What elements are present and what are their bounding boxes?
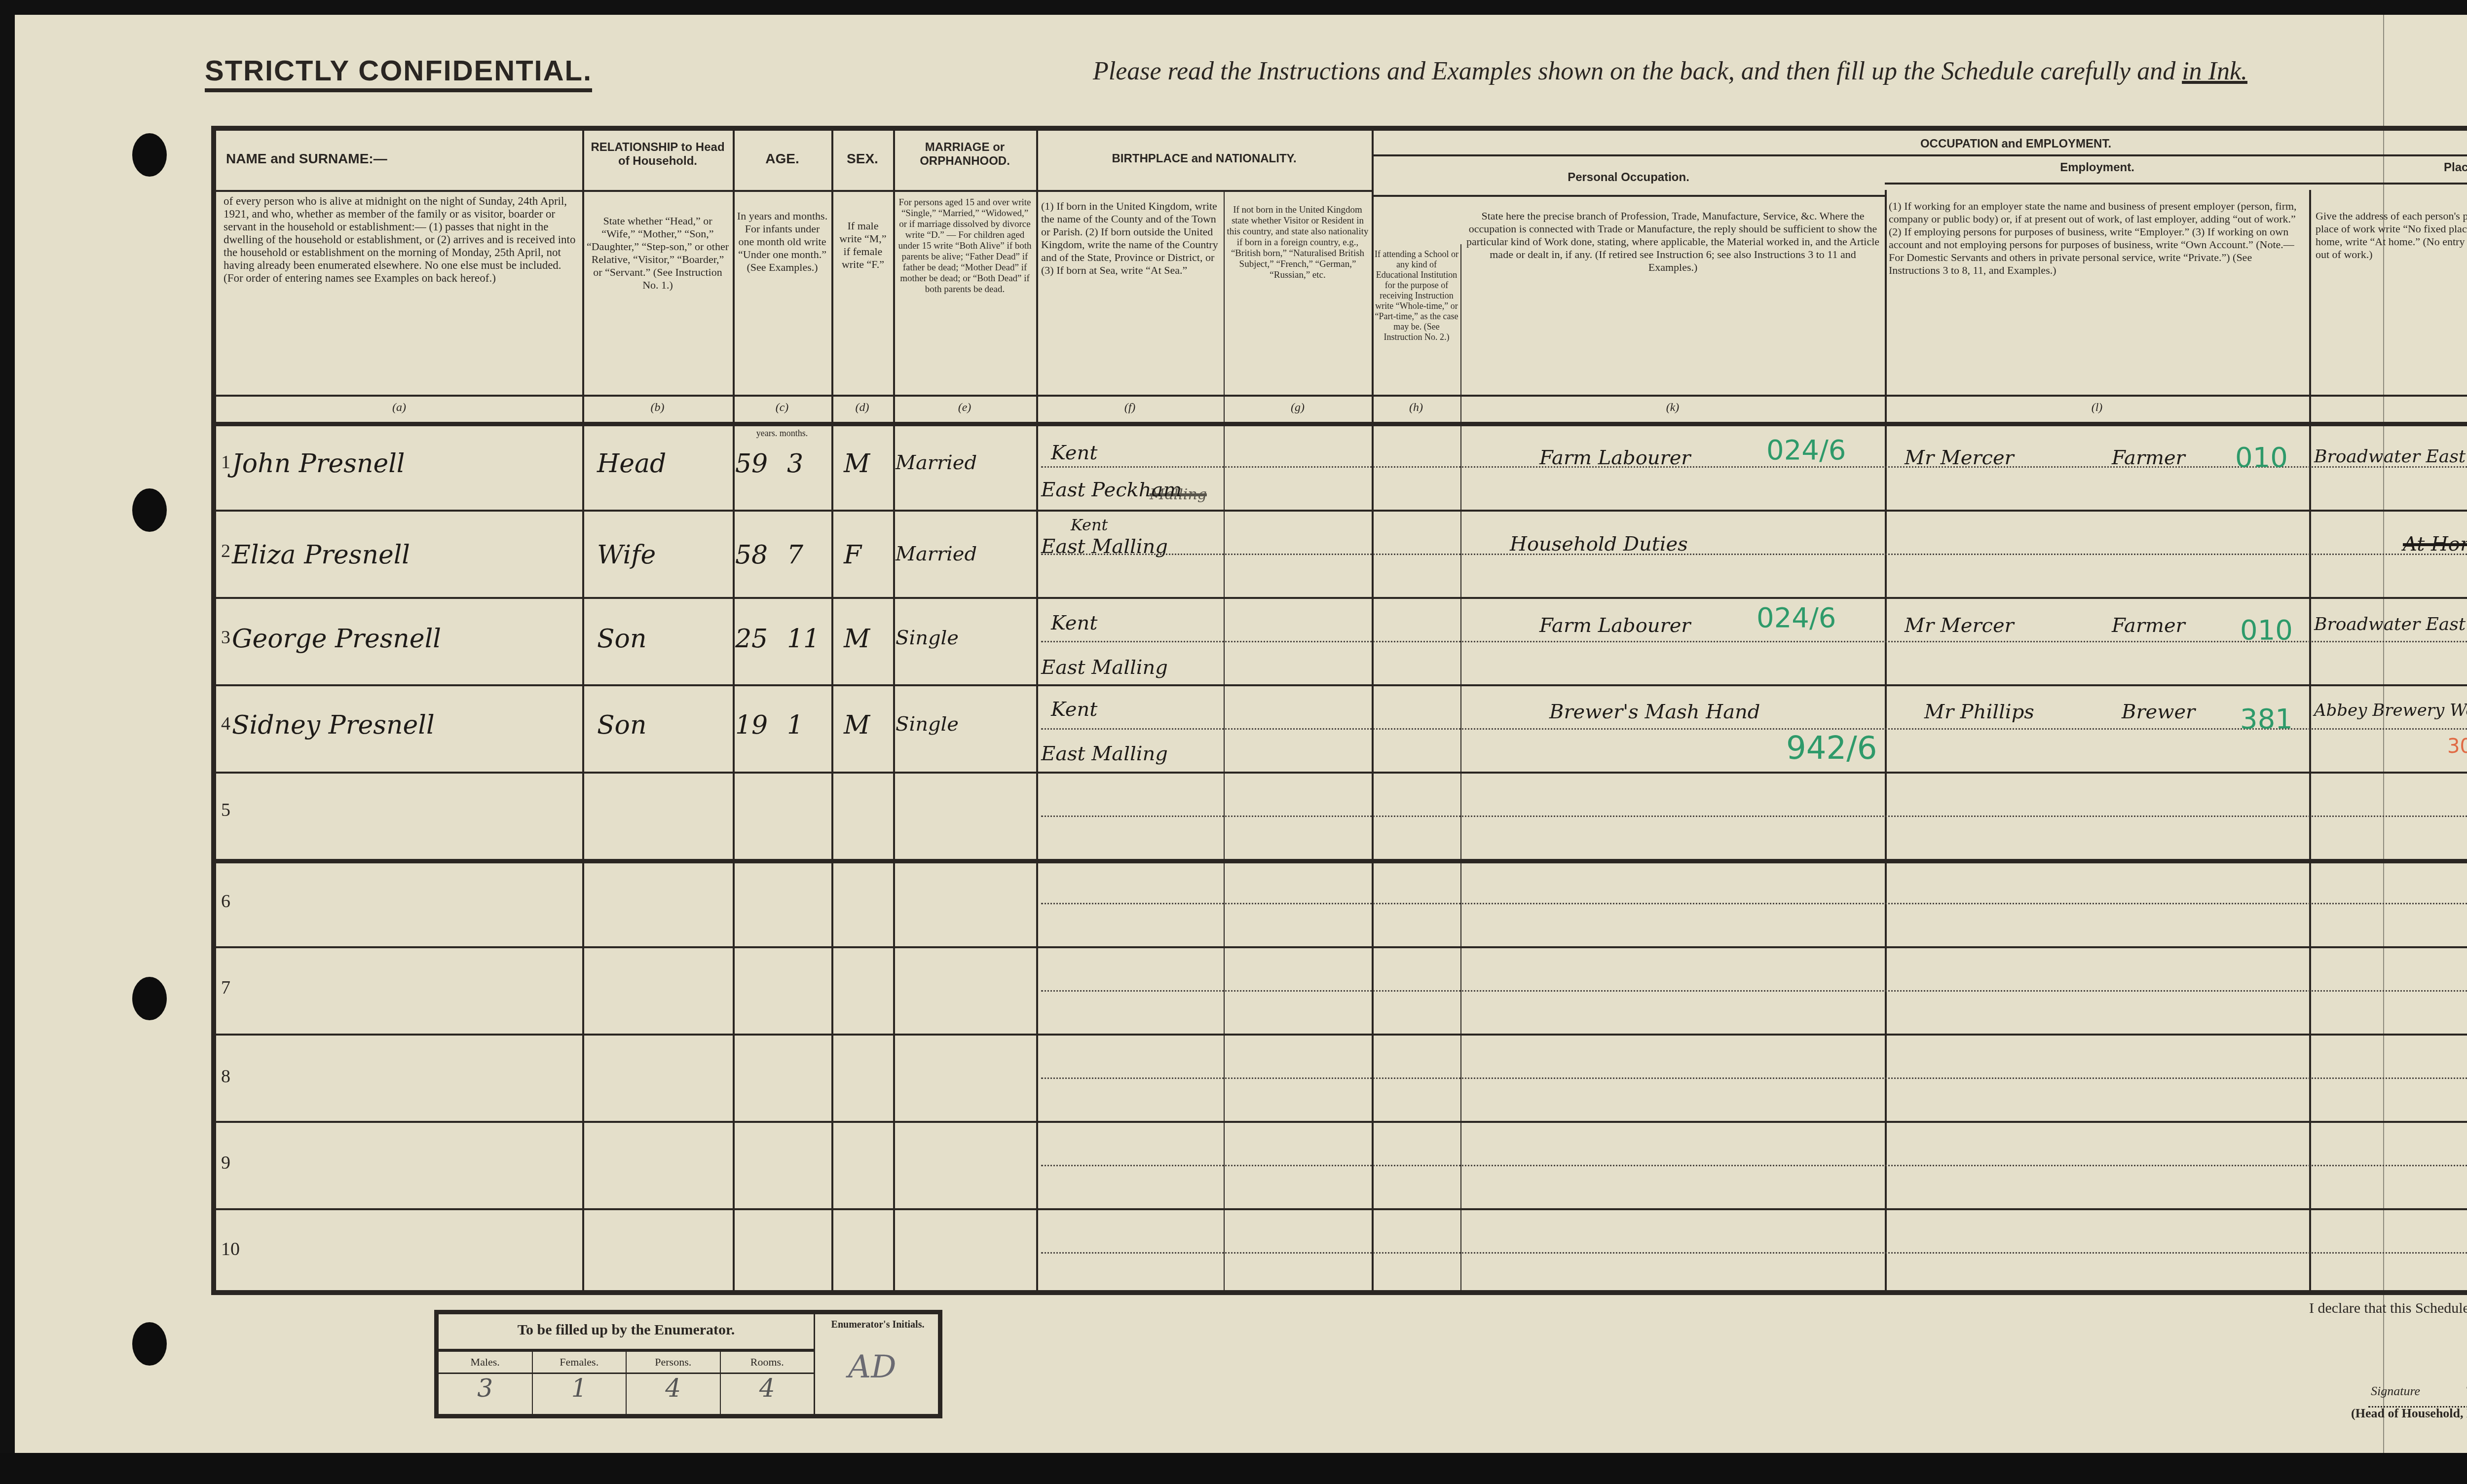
punch-hole (132, 1322, 167, 1366)
enumerator-initials: AD (848, 1349, 897, 1385)
name-cell: John Presnell (232, 449, 405, 479)
punch-hole (132, 977, 167, 1020)
confidential-heading: STRICTLY CONFIDENTIAL. (205, 54, 592, 92)
enumerator-summary-box: To be filled up by the Enumerator. Enume… (434, 1310, 942, 1418)
punch-hole (132, 488, 167, 532)
signature-note: (Head of Household, Manager of Establish… (2351, 1406, 2467, 1421)
scan-border (0, 1453, 2467, 1484)
punch-hole (132, 133, 167, 177)
signature-label: Signature (2371, 1384, 2420, 1399)
instructions-line: Please read the Instructions and Example… (1093, 57, 2247, 86)
declaration-text: I declare that this Schedule is correctl… (2309, 1300, 2467, 1317)
